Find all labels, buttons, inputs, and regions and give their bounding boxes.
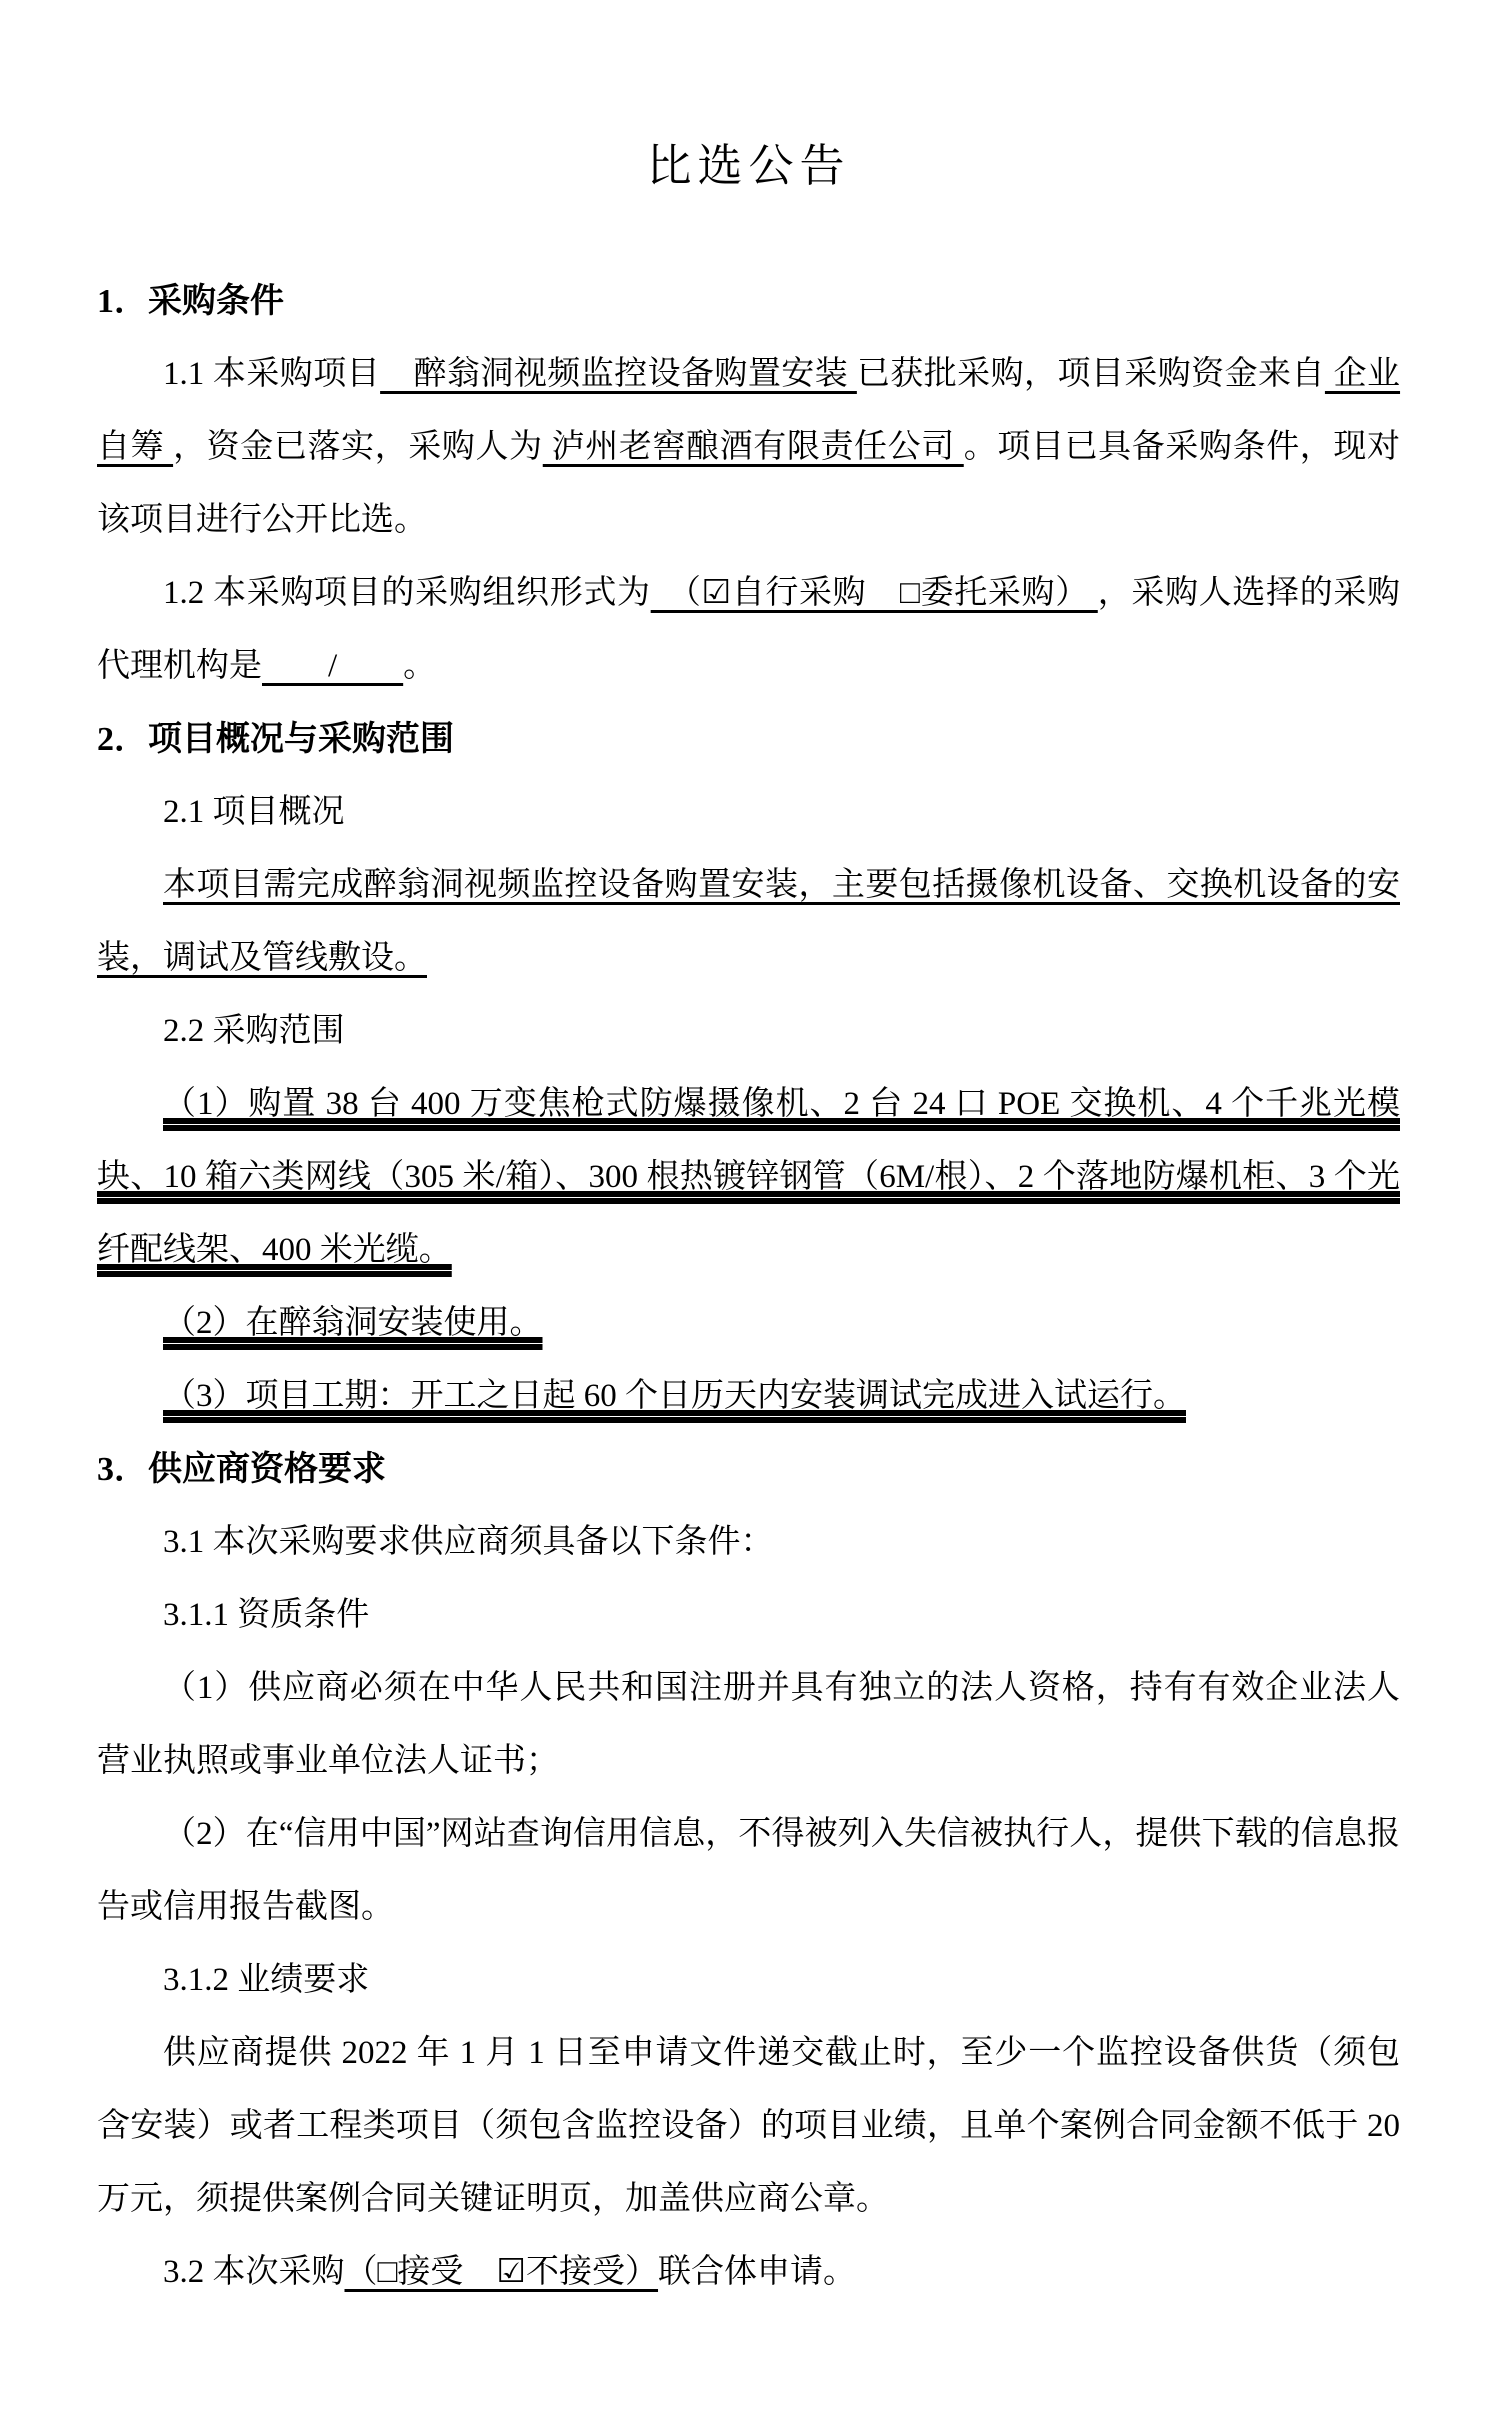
blank-joint-venture-checkboxes: （□接受 ☑不接受） <box>345 2254 659 2290</box>
paragraph-3-1-2: 3.1.2 业绩要求 <box>97 1944 1400 2017</box>
paragraph-3-1: 3.1 本次采购要求供应商须具备以下条件： <box>97 1506 1400 1579</box>
paragraph-qualification-item-1: （1）供应商必须在中华人民共和国注册并具有独立的法人资格，持有有效企业法人营业执… <box>97 1652 1400 1798</box>
paragraph-scope-item-3: （3）项目工期：开工之日起 60 个日历天内安装调试完成进入试运行。 <box>97 1360 1400 1433</box>
underlined-scope-location: （2）在醉翁洞安装使用。 <box>163 1305 543 1341</box>
text-segment: 2.2 采购范围 <box>163 1013 345 1049</box>
section-heading-2-project-overview: 2．项目概况与采购范围 <box>97 703 1400 776</box>
text-segment: 1.1 本采购项目 <box>163 356 380 392</box>
text-segment: 3.1 本次采购要求供应商须具备以下条件： <box>163 1524 774 1560</box>
paragraph-1-2: 1.2 本采购项目的采购组织形式为 （☑自行采购 □委托采购） ，采购人选择的采… <box>97 557 1400 703</box>
underlined-scope-schedule: （3）项目工期：开工之日起 60 个日历天内安装调试完成进入试运行。 <box>163 1378 1186 1414</box>
paragraph-qualification-item-2: （2）在“信用中国”网站查询信用信息，不得被列入失信被执行人，提供下载的信息报告… <box>97 1798 1400 1944</box>
paragraph-scope-item-1: （1）购置 38 台 400 万变焦枪式防爆摄像机、2 台 24 口 POE 交… <box>97 1068 1400 1287</box>
text-segment: （2）在“信用中国”网站查询信用信息，不得被列入失信被执行人，提供下载的信息报告… <box>97 1816 1400 1925</box>
blank-project-name: 醉翁洞视频监控设备购置安装 <box>380 356 857 392</box>
blank-agency-name: / <box>262 648 403 684</box>
text-segment: 联合体申请。 <box>658 2254 856 2290</box>
text-segment: 1.2 本采购项目的采购组织形式为 <box>163 575 651 611</box>
underlined-project-description: 本项目需完成醉翁洞视频监控设备购置安装，主要包括摄像机设备、交换机设备的安装，调… <box>97 867 1400 976</box>
text-segment: 已获批采购，项目采购资金来自 <box>857 356 1325 392</box>
section-heading-1-procurement-conditions: 1．采购条件 <box>97 265 1400 338</box>
paragraph-project-overview-body: 本项目需完成醉翁洞视频监控设备购置安装，主要包括摄像机设备、交换机设备的安装，调… <box>97 849 1400 995</box>
paragraph-3-1-1: 3.1.1 资质条件 <box>97 1579 1400 1652</box>
document-title: 比选公告 <box>97 130 1400 203</box>
text-segment: 3.1.2 业绩要求 <box>163 1962 369 1998</box>
blank-purchaser-name: 泸州老窖酿酒有限责任公司 <box>543 429 964 465</box>
paragraph-1-1: 1.1 本采购项目 醉翁洞视频监控设备购置安装 已获批采购，项目采购资金来自 企… <box>97 338 1400 557</box>
document-page: 比选公告 1．采购条件 1.1 本采购项目 醉翁洞视频监控设备购置安装 已获批采… <box>97 130 1400 2309</box>
underlined-scope-equipment-list: （1）购置 38 台 400 万变焦枪式防爆摄像机、2 台 24 口 POE 交… <box>97 1086 1400 1268</box>
paragraph-scope-item-2: （2）在醉翁洞安装使用。 <box>97 1287 1400 1360</box>
text-segment: ，资金已落实，采购人为 <box>173 429 543 465</box>
paragraph-2-1: 2.1 项目概况 <box>97 776 1400 849</box>
text-segment: 3.1.1 资质条件 <box>163 1597 369 1633</box>
text-segment: 3.2 本次采购 <box>163 2254 345 2290</box>
paragraph-3-2: 3.2 本次采购（□接受 ☑不接受）联合体申请。 <box>97 2236 1400 2309</box>
section-heading-3-supplier-qualifications: 3．供应商资格要求 <box>97 1433 1400 1506</box>
text-segment: 2.1 项目概况 <box>163 794 345 830</box>
heading-text: 3．供应商资格要求 <box>97 1451 386 1488</box>
heading-text: 2．项目概况与采购范围 <box>97 721 454 758</box>
text-segment: 。 <box>403 648 436 684</box>
heading-text: 1．采购条件 <box>97 283 284 320</box>
blank-procurement-form-checkboxes: （☑自行采购 □委托采购） <box>651 575 1098 611</box>
text-segment: 供应商提供 2022 年 1 月 1 日至申请文件递交截止时，至少一个监控设备供… <box>97 2035 1400 2217</box>
paragraph-2-2: 2.2 采购范围 <box>97 995 1400 1068</box>
paragraph-performance-requirement: 供应商提供 2022 年 1 月 1 日至申请文件递交截止时，至少一个监控设备供… <box>97 2017 1400 2236</box>
text-segment: （1）供应商必须在中华人民共和国注册并具有独立的法人资格，持有有效企业法人营业执… <box>97 1670 1400 1779</box>
